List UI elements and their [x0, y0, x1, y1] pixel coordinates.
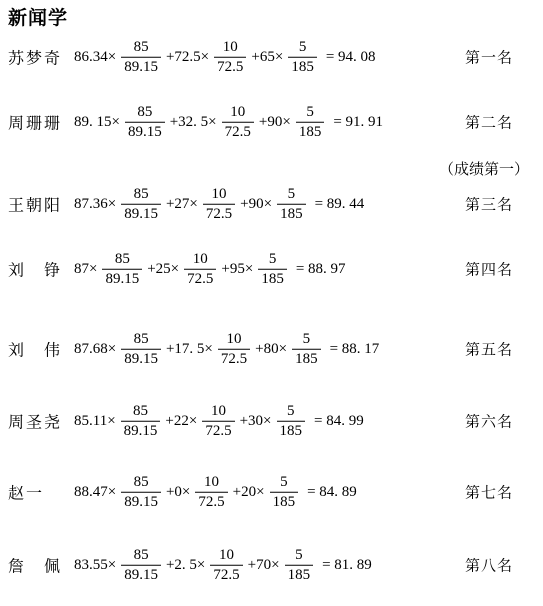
fraction-denominator: 72.5: [210, 565, 242, 585]
formula-term: 89. 15× 85 89.15: [74, 103, 170, 142]
fraction-denominator: 72.5: [202, 421, 234, 441]
student-row: 赵一 88.47× 85 89.15 +0× 10 72.5 +20× 5: [0, 470, 543, 514]
fraction-denominator: 185: [296, 122, 325, 142]
fraction-numerator: 10: [208, 402, 229, 421]
fraction: 5 185: [292, 330, 321, 369]
student-row: 周珊珊 89. 15× 85 89.15 +32. 5× 10 72.5 +90…: [0, 100, 543, 144]
term-coefficient: 85.11×: [74, 413, 116, 430]
fraction: 10 72.5: [184, 250, 216, 289]
fraction: 5 185: [296, 103, 325, 142]
rank-label: 第三名: [438, 194, 540, 215]
term-coefficient: +80×: [255, 341, 287, 358]
fraction-numerator: 5: [296, 38, 310, 57]
rank-label: 第八名: [438, 555, 540, 576]
formula-term: +30× 5 185: [240, 402, 310, 441]
fraction-numerator: 10: [227, 103, 248, 122]
term-coefficient: +27×: [166, 196, 198, 213]
fraction: 85 89.15: [121, 473, 161, 512]
term-coefficient: +70×: [248, 557, 280, 574]
fraction: 85 89.15: [121, 330, 161, 369]
fraction-numerator: 85: [131, 185, 152, 204]
fraction: 5 185: [285, 546, 314, 585]
fraction-denominator: 72.5: [222, 122, 254, 142]
fraction: 85 89.15: [121, 402, 161, 441]
score-formula: 85.11× 85 89.15 +22× 10 72.5 +30× 5 185: [74, 402, 364, 441]
fraction-denominator: 89.15: [121, 492, 161, 512]
term-coefficient: +20×: [233, 484, 265, 501]
formula-term: +27× 10 72.5: [166, 185, 240, 224]
term-coefficient: 87.36×: [74, 196, 116, 213]
term-coefficient: 89. 15×: [74, 114, 120, 131]
formula-result: = 84. 99: [314, 413, 364, 430]
student-row: 王朝阳 87.36× 85 89.15 +27× 10 72.5 +90× 5: [0, 182, 543, 226]
term-coefficient: +90×: [240, 196, 272, 213]
fraction-denominator: 72.5: [184, 269, 216, 289]
fraction-denominator: 89.15: [121, 349, 161, 369]
rank-label: 第七名: [438, 482, 540, 503]
student-row: 刘 伟 87.68× 85 89.15 +17. 5× 10 72.5 +80×: [0, 327, 543, 371]
fraction-denominator: 185: [258, 269, 287, 289]
term-coefficient: +32. 5×: [170, 114, 217, 131]
fraction-denominator: 89.15: [121, 57, 161, 77]
formula-term: +70× 5 185: [248, 546, 318, 585]
fraction-numerator: 85: [131, 38, 152, 57]
fraction-numerator: 10: [209, 185, 230, 204]
student-name: 刘 伟: [8, 338, 62, 361]
formula-term: 88.47× 85 89.15: [74, 473, 166, 512]
student-row: 刘 铮 87× 85 89.15 +25× 10 72.5 +95× 5: [0, 247, 543, 291]
formula-term: 83.55× 85 89.15: [74, 546, 166, 585]
fraction-denominator: 185: [277, 421, 306, 441]
formula-result: = 89. 44: [315, 196, 365, 213]
rank-label: 第一名: [438, 47, 540, 68]
term-coefficient: 87×: [74, 261, 97, 278]
formula-term: +65× 5 185: [251, 38, 321, 77]
formula-term: +72.5× 10 72.5: [166, 38, 251, 77]
score-formula: 86.34× 85 89.15 +72.5× 10 72.5 +65× 5 18…: [74, 38, 376, 77]
fraction-denominator: 185: [277, 204, 306, 224]
rank-label: 第四名: [438, 259, 540, 280]
fraction: 85 89.15: [102, 250, 142, 289]
score-formula: 83.55× 85 89.15 +2. 5× 10 72.5 +70× 5 18…: [74, 546, 372, 585]
formula-term: +90× 5 185: [240, 185, 310, 224]
student-name: 周圣尧: [8, 410, 62, 433]
formula-term: +0× 10 72.5: [166, 473, 233, 512]
student-name: 赵一: [8, 481, 44, 504]
fraction-denominator: 185: [292, 349, 321, 369]
fraction-denominator: 89.15: [121, 421, 161, 441]
term-coefficient: 86.34×: [74, 49, 116, 66]
formula-term: 86.34× 85 89.15: [74, 38, 166, 77]
formula-term: +2. 5× 10 72.5: [166, 546, 248, 585]
term-coefficient: 83.55×: [74, 557, 116, 574]
fraction-numerator: 85: [134, 103, 155, 122]
student-row: 周圣尧 85.11× 85 89.15 +22× 10 72.5 +30× 5: [0, 399, 543, 443]
fraction-numerator: 5: [292, 546, 306, 565]
fraction: 85 89.15: [125, 103, 165, 142]
term-coefficient: +30×: [240, 413, 272, 430]
formula-term: +22× 10 72.5: [165, 402, 239, 441]
fraction-denominator: 89.15: [121, 204, 161, 224]
fraction-numerator: 5: [285, 185, 299, 204]
formula-term: +25× 10 72.5: [147, 250, 221, 289]
term-coefficient: +90×: [259, 114, 291, 131]
fraction: 10 72.5: [202, 402, 234, 441]
fraction-numerator: 5: [266, 250, 280, 269]
fraction-denominator: 185: [285, 565, 314, 585]
term-coefficient: +2. 5×: [166, 557, 205, 574]
fraction-denominator: 72.5: [214, 57, 246, 77]
student-name: 苏梦奇: [8, 46, 62, 69]
rank-label: 第二名: [438, 112, 540, 133]
score-formula: 87.68× 85 89.15 +17. 5× 10 72.5 +80× 5 1…: [74, 330, 379, 369]
fraction-denominator: 89.15: [125, 122, 165, 142]
fraction-numerator: 85: [131, 330, 152, 349]
fraction: 10 72.5: [214, 38, 246, 77]
score-formula: 87× 85 89.15 +25× 10 72.5 +95× 5 185: [74, 250, 346, 289]
term-coefficient: +17. 5×: [166, 341, 213, 358]
fraction: 5 185: [288, 38, 317, 77]
fraction: 10 72.5: [218, 330, 250, 369]
term-coefficient: +95×: [221, 261, 253, 278]
fraction-numerator: 85: [131, 473, 152, 492]
formula-term: +95× 5 185: [221, 250, 291, 289]
page-title: 新闻学: [8, 3, 68, 30]
formula-result: = 88. 17: [330, 341, 380, 358]
fraction: 5 185: [270, 473, 299, 512]
student-name: 刘 铮: [8, 258, 62, 281]
formula-term: +90× 5 185: [259, 103, 329, 142]
formula-term: 87.68× 85 89.15: [74, 330, 166, 369]
formula-result: = 84. 89: [307, 484, 357, 501]
term-coefficient: +72.5×: [166, 49, 209, 66]
fraction-numerator: 85: [130, 402, 151, 421]
term-coefficient: +0×: [166, 484, 190, 501]
fraction-numerator: 5: [303, 103, 317, 122]
formula-term: 87.36× 85 89.15: [74, 185, 166, 224]
score-formula: 88.47× 85 89.15 +0× 10 72.5 +20× 5 185: [74, 473, 357, 512]
fraction: 5 185: [258, 250, 287, 289]
fraction-denominator: 185: [288, 57, 317, 77]
fraction: 85 89.15: [121, 185, 161, 224]
formula-result: = 94. 08: [326, 49, 376, 66]
student-row: 詹 佩 83.55× 85 89.15 +2. 5× 10 72.5 +70× …: [0, 543, 543, 587]
fraction-denominator: 72.5: [218, 349, 250, 369]
student-name: 周珊珊: [8, 111, 62, 134]
fraction: 85 89.15: [121, 546, 161, 585]
fraction-numerator: 5: [277, 473, 291, 492]
fraction-denominator: 72.5: [195, 492, 227, 512]
fraction: 10 72.5: [222, 103, 254, 142]
fraction-numerator: 5: [284, 402, 298, 421]
fraction-numerator: 85: [112, 250, 133, 269]
fraction: 5 185: [277, 185, 306, 224]
fraction: 85 89.15: [121, 38, 161, 77]
fraction-numerator: 5: [300, 330, 314, 349]
ranking-note: （成绩第一）: [425, 158, 543, 179]
score-formula: 87.36× 85 89.15 +27× 10 72.5 +90× 5 185: [74, 185, 364, 224]
fraction: 10 72.5: [210, 546, 242, 585]
fraction-numerator: 10: [201, 473, 222, 492]
student-row: 苏梦奇 86.34× 85 89.15 +72.5× 10 72.5 +65× …: [0, 35, 543, 79]
fraction: 10 72.5: [195, 473, 227, 512]
fraction: 10 72.5: [203, 185, 235, 224]
student-name: 王朝阳: [8, 193, 62, 216]
formula-result: = 88. 97: [296, 261, 346, 278]
formula-term: +17. 5× 10 72.5: [166, 330, 255, 369]
fraction-denominator: 72.5: [203, 204, 235, 224]
formula-term: +20× 5 185: [233, 473, 303, 512]
document-page: 新闻学 苏梦奇 86.34× 85 89.15 +72.5× 10 72.5 +…: [0, 0, 543, 606]
term-coefficient: +22×: [165, 413, 197, 430]
fraction-numerator: 10: [220, 38, 241, 57]
fraction-numerator: 10: [224, 330, 245, 349]
fraction: 5 185: [277, 402, 306, 441]
formula-term: 87× 85 89.15: [74, 250, 147, 289]
fraction-numerator: 85: [131, 546, 152, 565]
term-coefficient: 88.47×: [74, 484, 116, 501]
rank-label: 第六名: [438, 411, 540, 432]
formula-term: +80× 5 185: [255, 330, 325, 369]
term-coefficient: +25×: [147, 261, 179, 278]
term-coefficient: 87.68×: [74, 341, 116, 358]
formula-result: = 81. 89: [322, 557, 372, 574]
student-name: 詹 佩: [8, 554, 62, 577]
fraction-numerator: 10: [216, 546, 237, 565]
fraction-numerator: 10: [190, 250, 211, 269]
fraction-denominator: 185: [270, 492, 299, 512]
formula-result: = 91. 91: [333, 114, 383, 131]
rank-label: 第五名: [438, 339, 540, 360]
score-formula: 89. 15× 85 89.15 +32. 5× 10 72.5 +90× 5 …: [74, 103, 383, 142]
term-coefficient: +65×: [251, 49, 283, 66]
fraction-denominator: 89.15: [102, 269, 142, 289]
fraction-denominator: 89.15: [121, 565, 161, 585]
formula-term: 85.11× 85 89.15: [74, 402, 165, 441]
formula-term: +32. 5× 10 72.5: [170, 103, 259, 142]
